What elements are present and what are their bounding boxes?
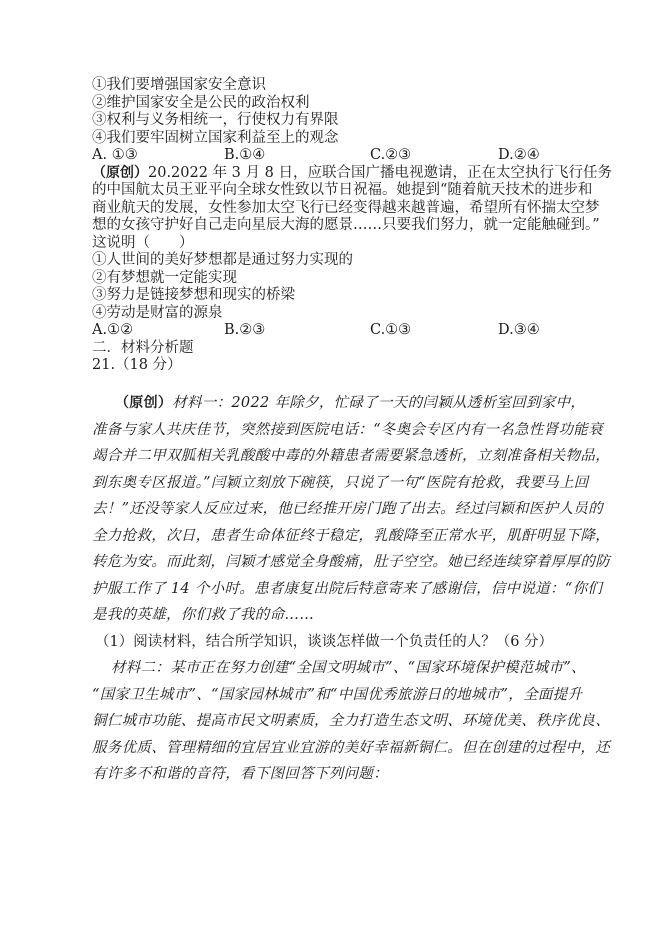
q20-stem-text-1: 20.2022 年 3 月 8 日，应联合国广播电视邀请，正在太空执行飞行任务 xyxy=(148,165,612,181)
section-two-heading: 二．材料分析题 xyxy=(92,340,584,358)
material2-line-2: “国家卫生城市”、“国家园林城市”和“中国优秀旅游日的地城市”，全面提升 xyxy=(92,682,592,709)
q19-choices-row: A. ①③ B.①④ C.②③ D.②④ xyxy=(92,147,584,165)
q19-choice-d: D.②④ xyxy=(498,147,540,165)
q19-statement-3: ③权利与义务相统一，行使权力有界限 xyxy=(92,112,584,130)
document-page: ①我们要增强国家安全意识 ②维护国家安全是公民的政治权利 ③权利与义务相统一，行… xyxy=(0,0,662,936)
q19-statement-2: ②维护国家安全是公民的政治权利 xyxy=(92,95,584,113)
q20-statement-3: ③努力是链接梦想和现实的桥梁 xyxy=(92,287,584,305)
material1-line-9: 是我的英雄，你们救了我的命…… xyxy=(92,602,592,629)
material1-line-8: 护服工作了 14 个小时。患者康复出院后特意寄来了感谢信，信中说道：“你们 xyxy=(92,576,592,603)
material2-line-1: 材料二：某市正在努力创建“全国文明城市”、“国家环境保护模范城市”、 xyxy=(92,655,592,682)
material1-line-3: 竭合并二甲双胍相关乳酸酸中毒的外籍患者需要紧急透析，立刻准备相关物品， xyxy=(92,443,592,470)
q19-choice-c: C.②③ xyxy=(370,147,498,165)
q20-stem-line-1: （原创）20.2022 年 3 月 8 日，应联合国广播电视邀请，正在太空执行飞… xyxy=(92,165,584,183)
q20-choices-row: A.①② B.②③ C.①③ D.③④ xyxy=(92,322,584,340)
q20-statement-4: ④劳动是财富的源泉 xyxy=(92,305,584,323)
material2-line-5: 有许多不和谐的音符，看下图回答下列问题： xyxy=(92,761,592,788)
material2-line-3: 铜仁城市功能、提高市民文明素质，全力打造生态文明、环境优美、秩序优良、 xyxy=(92,708,592,735)
q21-number: 21.（18 分） xyxy=(92,357,584,375)
material1-text-1: 材料一：2022 年除夕，忙碌了一天的闫颖从透析室回到家中， xyxy=(172,395,585,411)
multiple-choice-section: ①我们要增强国家安全意识 ②维护国家安全是公民的政治权利 ③权利与义务相统一，行… xyxy=(92,77,584,375)
material1-line-5: 去！”还没等家人反应过来，他已经推开房门跑了出去。经过闫颖和医护人员的 xyxy=(92,496,592,523)
q19-statement-4: ④我们要牢固树立国家利益至上的观念 xyxy=(92,130,584,148)
q20-origin-label: （原创） xyxy=(92,165,148,181)
material1-line-1: （原创）材料一：2022 年除夕，忙碌了一天的闫颖从透析室回到家中， xyxy=(92,390,592,417)
q20-statement-1: ①人世间的美好梦想都是通过努力实现的 xyxy=(92,252,584,270)
material1-line-2: 准备与家人共庆佳节，突然接到医院电话：“冬奥会专区内有一名急性肾功能衰 xyxy=(92,417,592,444)
q19-statement-1: ①我们要增强国家安全意识 xyxy=(92,77,584,95)
q20-choice-b: B.②③ xyxy=(224,322,370,340)
q20-stem-line-4: 想的女孩守护好自己走向星辰大海的愿景……只要我们努力，就一定能触碰到。” xyxy=(92,217,584,235)
q20-statement-2: ②有梦想就一定能实现 xyxy=(92,270,584,288)
q20-stem-line-5: 这说明（ ） xyxy=(92,235,584,253)
q20-stem-line-2: 的中国航太员王亚平向全球女性致以节日祝福。她提到“随着航天技术的进步和 xyxy=(92,182,584,200)
material1-origin-label: （原创） xyxy=(115,395,172,411)
material1-line-7: 转危为安。而此刻，闫颖才感觉全身酸痛，肚子空空。她已经连续穿着厚厚的防 xyxy=(92,549,592,576)
q20-choice-d: D.③④ xyxy=(498,322,540,340)
q21-sub-question-1: （1）阅读材料，结合所学知识，谈谈怎样做一个负责任的人？（6 分） xyxy=(92,629,592,656)
q19-choice-b: B.①④ xyxy=(224,147,370,165)
q20-stem-line-3: 商业航天的发展，女性参加太空飞行已经变得越来越普遍，希望所有怀揣太空梦 xyxy=(92,200,584,218)
q19-choice-a: A. ①③ xyxy=(92,147,224,165)
material1-line-4: 到东奥专区报道。”闫颖立刻放下碗筷，只说了一句“医院有抢救，我要马上回 xyxy=(92,470,592,497)
material2-line-4: 服务优质、管理精细的宜居宜业宜游的美好幸福新铜仁。但在创建的过程中，还 xyxy=(92,735,592,762)
material1-line-6: 全力抢救，次日，患者生命体征终于稳定，乳酸降至正常水平，肌酐明显下降， xyxy=(92,523,592,550)
q20-choice-a: A.①② xyxy=(92,322,224,340)
q20-choice-c: C.①③ xyxy=(370,322,498,340)
material-analysis-section: （原创）材料一：2022 年除夕，忙碌了一天的闫颖从透析室回到家中， 准备与家人… xyxy=(92,390,592,788)
